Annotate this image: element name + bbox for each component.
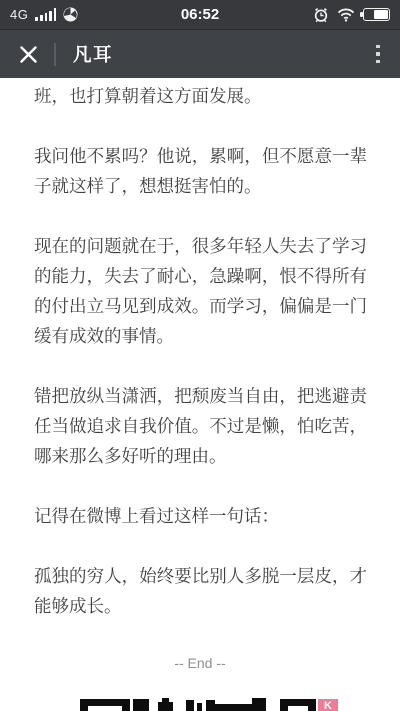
nav-bar: 凡耳 xyxy=(0,30,400,78)
more-menu-button[interactable] xyxy=(370,41,386,68)
signal-strength-icon xyxy=(35,8,56,21)
article-paragraph: 班，也打算朝着这方面发展。 xyxy=(34,81,367,111)
status-left-cluster: 4G xyxy=(10,7,78,22)
alarm-clock-icon xyxy=(313,7,329,23)
article-paragraph: 现在的问题就在于，很多年轻人失去了学习的能力，失去了耐心，急躁啊，恨不得所有的付… xyxy=(34,231,367,351)
page-title: 凡耳 xyxy=(73,41,113,67)
network-type-label: 4G xyxy=(10,7,28,22)
logo-shape xyxy=(197,703,202,711)
close-button[interactable] xyxy=(16,42,41,67)
logo-shape xyxy=(133,699,149,711)
footer-logo: K xyxy=(0,697,400,711)
article-paragraph: 错把放纵当潇洒，把颓废当自由，把逃避责任当做追求自我价值。不过是懒，怕吃苦，哪来… xyxy=(34,381,367,471)
article-paragraph: 孤独的穷人，始终要比别人多脱一层皮，才能够成长。 xyxy=(34,561,367,621)
status-bar: 4G 06:52 xyxy=(0,0,400,30)
logo-badge: K xyxy=(318,699,338,711)
logo-shape xyxy=(158,702,173,711)
nav-divider xyxy=(54,43,56,66)
logo-shape xyxy=(186,700,194,711)
battery-icon xyxy=(363,8,390,21)
logo-shape xyxy=(162,698,169,703)
article-body: 班，也打算朝着这方面发展。我问他不累吗？他说，累啊，但不愿意一辈子就这样了，想想… xyxy=(0,78,400,621)
article-paragraph: 我问他不累吗？他说，累啊，但不愿意一辈子就这样了，想想挺害怕的。 xyxy=(34,141,367,201)
wifi-icon xyxy=(337,8,355,22)
end-marker: -- End -- xyxy=(0,653,400,673)
phone-screen: 4G 06:52 xyxy=(0,0,400,711)
logo-shape xyxy=(214,704,254,711)
logo-shape xyxy=(252,698,266,711)
status-right-cluster xyxy=(313,7,390,23)
clock-app-icon xyxy=(63,7,78,22)
article-paragraph: 记得在微博上看过这样一句话： xyxy=(34,501,367,531)
